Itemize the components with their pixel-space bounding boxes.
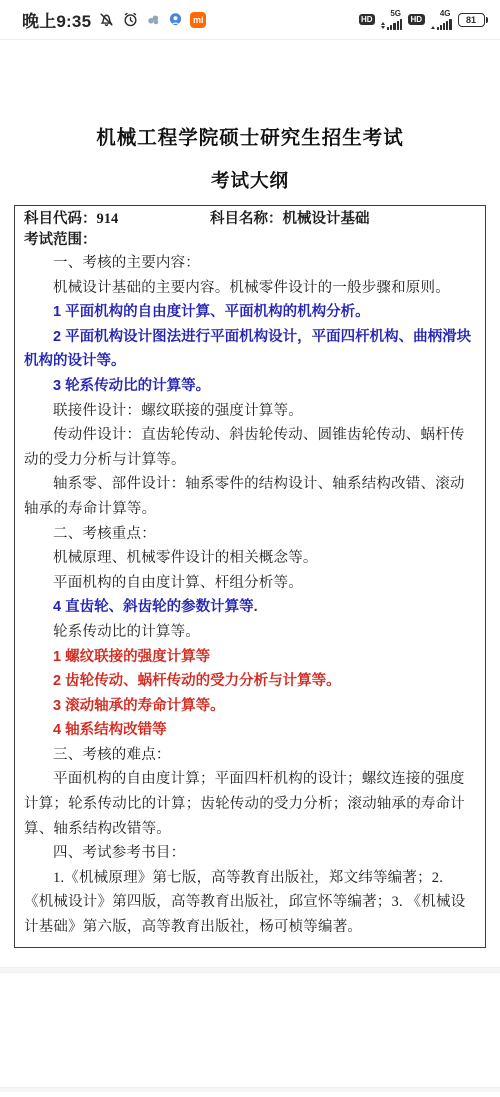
exam-outline-box: 科目代码：914 科目名称：机械设计基础 考试范围： 一、考核的主要内容： 机械…: [14, 205, 486, 948]
highlight-blue-item: 1 平面机构的自由度计算、平面机构的机构分析。: [24, 300, 476, 325]
battery-nub: [486, 17, 489, 23]
doc-paragraph: 1.《机械原理》第七版，高等教育出版社，郑文纬等编著；2. 《机械设计》第四版，…: [24, 866, 476, 940]
document-page-next: [0, 973, 500, 1087]
hd-voice-icon: HD: [408, 14, 425, 25]
subject-info-row: 科目代码：914 科目名称：机械设计基础: [24, 209, 476, 230]
network-type-label: 5G: [390, 10, 402, 18]
subject-name: 科目名称：机械设计基础: [210, 209, 370, 230]
status-bar-right: HD 5G HD 4G 81: [359, 10, 489, 30]
signal-4g: 4G: [431, 10, 452, 30]
subject-code: 科目代码：914: [24, 209, 210, 230]
doc-paragraph: 机械设计基础的主要内容。机械零件设计的一般步骤和原则。: [24, 276, 476, 301]
doc-title: 机械工程学院硕士研究生招生考试: [0, 122, 500, 150]
battery-indicator: 81: [458, 13, 489, 27]
muted-bell-icon: [98, 11, 115, 28]
doc-paragraph: 联接件设计：螺纹联接的强度计算等。: [24, 399, 476, 424]
section-1-heading: 一、考核的主要内容：: [24, 251, 476, 276]
doc-paragraph: 平面机构的自由度计算、杆组分析等。: [24, 571, 476, 596]
doc-paragraph: 轴系零、部件设计：轴系零件的结构设计、轴系结构改错、滚动轴承的寿命计算等。: [24, 472, 476, 521]
highlight-blue-item: 2 平面机构设计图法进行平面机构设计，平面四杆机构、曲柄滑块机构的设计等。: [24, 325, 476, 374]
cloud-app-icon: [146, 12, 161, 27]
highlight-red-item: 1 螺纹联接的强度计算等: [24, 645, 476, 670]
data-arrows-icon: [381, 22, 385, 29]
page-separator: [0, 1087, 500, 1092]
highlight-blue-item: 4 直齿轮、斜齿轮的参数计算等.: [24, 595, 476, 620]
doc-paragraph: 机械原理、机械零件设计的相关概念等。: [24, 546, 476, 571]
phone-screen: { "status_bar": { "time": "晚上9:35", "ico…: [0, 0, 500, 1097]
doc-subtitle: 考试大纲: [0, 167, 500, 193]
highlight-red-item: 4 轴系结构改错等: [24, 718, 476, 743]
doc-paragraph: 平面机构的自由度计算；平面四杆机构的设计；螺纹连接的强度计算；轮系传动比的计算；…: [24, 767, 476, 841]
battery-percent: 81: [458, 13, 485, 27]
section-3-heading: 三、考核的难点：: [24, 743, 476, 768]
chat-app-icon: [168, 12, 183, 27]
document-viewport[interactable]: 机械工程学院硕士研究生招生考试 考试大纲 科目代码：914 科目名称：机械设计基…: [0, 40, 500, 1092]
signal-bars-icon: [437, 19, 452, 30]
doc-paragraph: 传动件设计：直齿轮传动、斜齿轮传动、圆锥齿轮传动、蜗杆传动的受力分析与计算等。: [24, 423, 476, 472]
status-bar[interactable]: 晚上9:35: [0, 0, 500, 40]
section-2-heading: 二、考核重点：: [24, 522, 476, 547]
mi-app-icon: mi: [190, 12, 206, 28]
clock-time: 晚上9:35: [22, 7, 91, 32]
signal-bars-icon: [387, 19, 402, 30]
section-4-heading: 四、考试参考书目：: [24, 841, 476, 866]
document-page: 机械工程学院硕士研究生招生考试 考试大纲 科目代码：914 科目名称：机械设计基…: [0, 40, 500, 967]
alarm-clock-icon: [122, 11, 139, 28]
exam-scope-label: 考试范围：: [24, 230, 476, 251]
status-bar-left: 晚上9:35: [22, 7, 206, 32]
hd-voice-icon: HD: [359, 14, 376, 25]
highlight-red-item: 2 齿轮传动、蜗杆传动的受力分析与计算等。: [24, 669, 476, 694]
network-type-label: 4G: [440, 10, 452, 18]
highlight-red-item: 3 滚动轴承的寿命计算等。: [24, 694, 476, 719]
doc-paragraph: 轮系传动比的计算等。: [24, 620, 476, 645]
data-arrows-icon: [431, 26, 435, 29]
signal-5g: 5G: [381, 10, 402, 30]
highlight-blue-item: 3 轮系传动比的计算等。: [24, 374, 476, 399]
